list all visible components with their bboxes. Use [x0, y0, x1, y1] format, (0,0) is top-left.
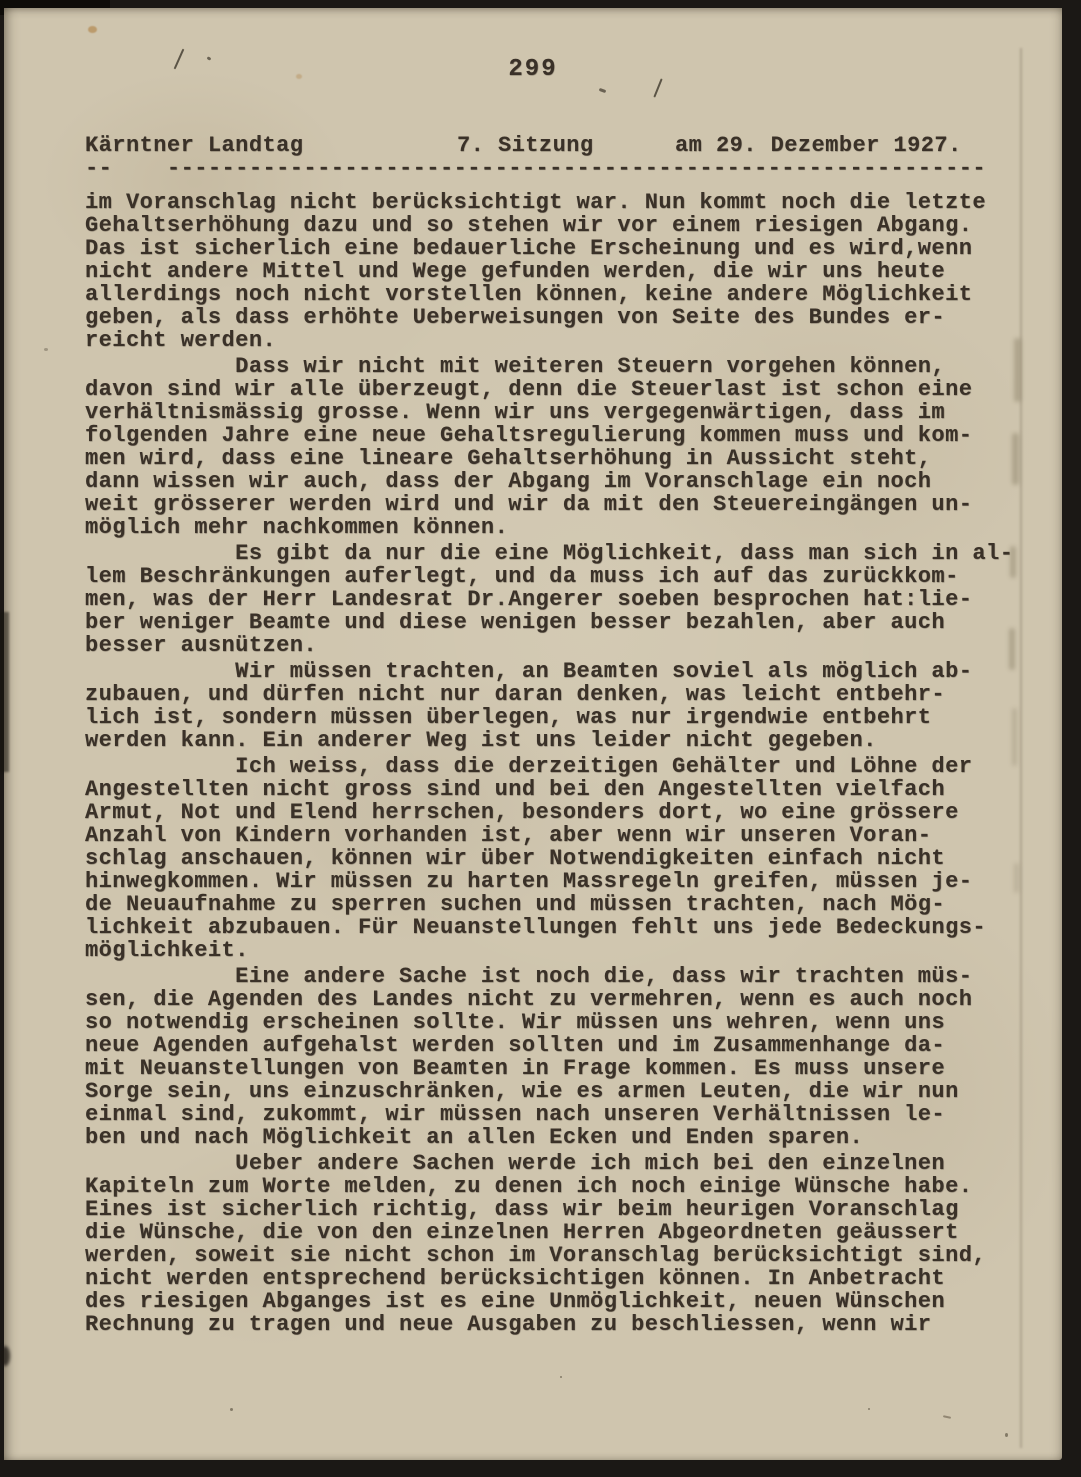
paragraph: Dass wir nicht mit weiteren Steuern vorg… — [85, 355, 1015, 539]
margin-smudge — [1010, 546, 1016, 578]
paragraph: Es gibt da nur die eine Möglichkeit, das… — [85, 542, 1015, 657]
header-title: Kärntner Landtag — [85, 133, 303, 158]
paper-speck — [44, 348, 48, 351]
margin-smudge — [1014, 338, 1021, 402]
margin-smudge — [1014, 863, 1019, 893]
margin-smudge — [1009, 628, 1015, 670]
left-edge-blotch — [0, 612, 9, 772]
paragraph: Eine andere Sache ist noch die, dass wir… — [85, 965, 1015, 1149]
paper-speck — [560, 1376, 562, 1378]
paper-speck — [868, 1408, 870, 1410]
document-page: 299 Kärntner Landtag 7. Sitzung am 29. D… — [4, 8, 1062, 1460]
paper-speck — [230, 1408, 233, 1411]
header-dashed-rule: -- -------------------------------------… — [85, 157, 1035, 180]
paragraph: im Voranschlag nicht berücksichtigt war.… — [85, 191, 1015, 352]
page-number: 299 — [4, 56, 1062, 83]
paper-stain — [296, 74, 302, 79]
paragraph: Ich weiss, dass die derzeitigen Gehälter… — [85, 755, 1015, 962]
left-edge-blob — [0, 1346, 10, 1366]
paper-crease — [1020, 48, 1022, 1448]
header-date: am 29. Dezember 1927. — [675, 133, 962, 158]
paper-stain — [88, 26, 97, 33]
paper-speck — [1005, 1433, 1008, 1437]
paragraph: Ueber andere Sachen werde ich mich bei d… — [85, 1152, 1015, 1336]
margin-smudge — [1012, 433, 1019, 485]
pen-dash-mark — [599, 88, 607, 93]
paper-speck — [943, 1415, 951, 1419]
margin-smudge — [1012, 708, 1017, 766]
scanned-page: 299 Kärntner Landtag 7. Sitzung am 29. D… — [0, 0, 1081, 1477]
body-text: im Voranschlag nicht berücksichtigt war.… — [85, 191, 1015, 1339]
paragraph: Wir müssen trachten, an Beamten soviel a… — [85, 660, 1015, 752]
header-session: 7. Sitzung — [457, 133, 594, 158]
